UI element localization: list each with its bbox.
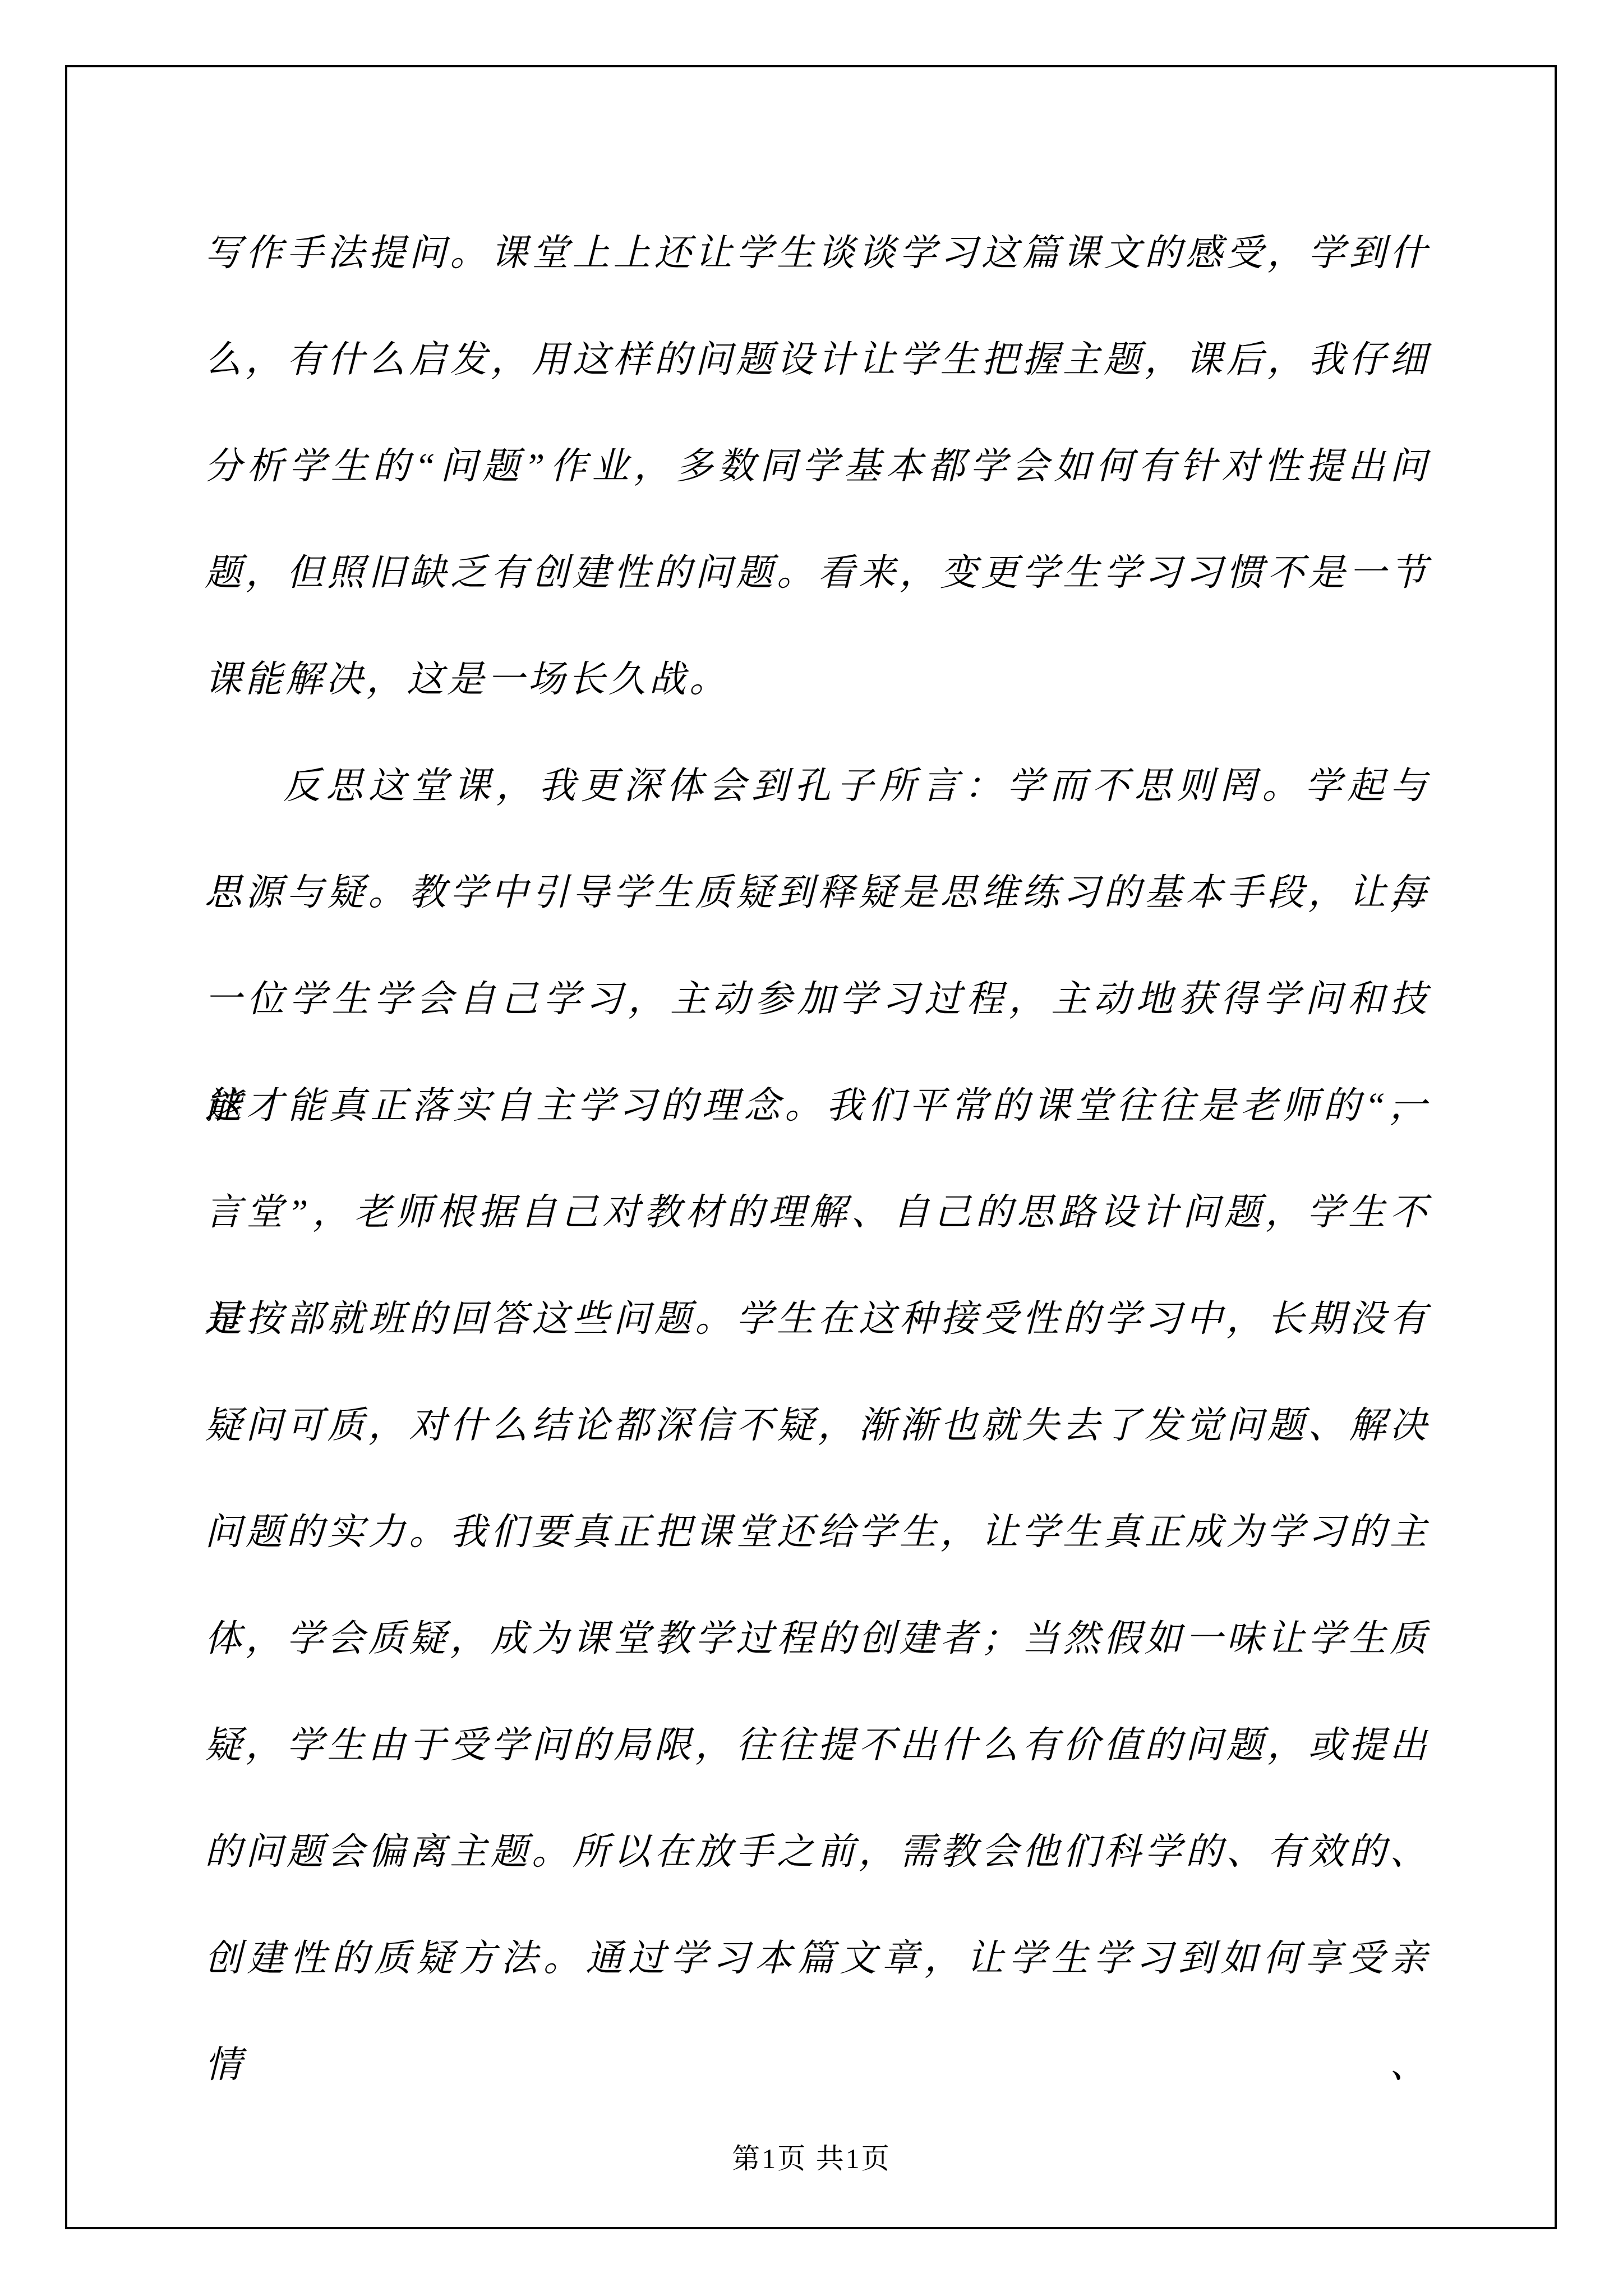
document-page: 写作手法提问。课堂上上还让学生谈谈学习这篇课文的感受，学到什 么，有什么启发，用… (0, 0, 1623, 2296)
body-line-10: 言堂”，老师根据自己对教材的理解、自己的思路设计问题，学生不过 (205, 1159, 1430, 1266)
body-line-11: 是按部就班的回答这些问题。学生在这种接受性的学习中，长期没有 (205, 1266, 1430, 1373)
body-line-13: 问题的实力。我们要真正把课堂还给学生，让学生真正成为学习的主 (205, 1479, 1430, 1586)
body-line-3: 分析学生的“问题”作业，多数同学基本都学会如何有针对性提出问 (205, 413, 1430, 520)
page-number: 第1页 共1页 (732, 2143, 891, 2174)
body-line-5: 课能解决，这是一场长久战。 (205, 627, 1430, 733)
body-line-17: 创建性的质疑方法。通过学习本篇文章，让学生学习到如何享受亲情、 (205, 1906, 1430, 2012)
document-body: 写作手法提问。课堂上上还让学生谈谈学习这篇课文的感受，学到什 么，有什么启发，用… (205, 200, 1430, 2012)
body-line-4: 题，但照旧缺乏有创建性的问题。看来，变更学生学习习惯不是一节 (205, 520, 1430, 627)
body-line-9: 这才能真正落实自主学习的理念。我们平常的课堂往往是老师的“一 (205, 1053, 1430, 1159)
body-line-2: 么，有什么启发，用这样的问题设计让学生把握主题，课后，我仔细 (205, 307, 1430, 413)
body-line-15: 疑，学生由于受学问的局限，往往提不出什么有价值的问题，或提出 (205, 1692, 1430, 1799)
body-line-14: 体，学会质疑，成为课堂教学过程的创建者；当然假如一味让学生质 (205, 1586, 1430, 1692)
body-line-12: 疑问可质，对什么结论都深信不疑，渐渐也就失去了发觉问题、解决 (205, 1373, 1430, 1479)
body-line-7: 思源与疑。教学中引导学生质疑到释疑是思维练习的基本手段，让每 (205, 840, 1430, 946)
body-line-6: 反思这堂课，我更深体会到孔子所言：学而不思则罔。学起与思， (205, 733, 1430, 840)
body-line-16: 的问题会偏离主题。所以在放手之前，需教会他们科学的、有效的、 (205, 1799, 1430, 1906)
page-footer: 第1页 共1页 (0, 2136, 1623, 2177)
body-line-8: 一位学生学会自己学习，主动参加学习过程，主动地获得学问和技能， (205, 946, 1430, 1053)
body-line-1: 写作手法提问。课堂上上还让学生谈谈学习这篇课文的感受，学到什 (205, 200, 1430, 307)
